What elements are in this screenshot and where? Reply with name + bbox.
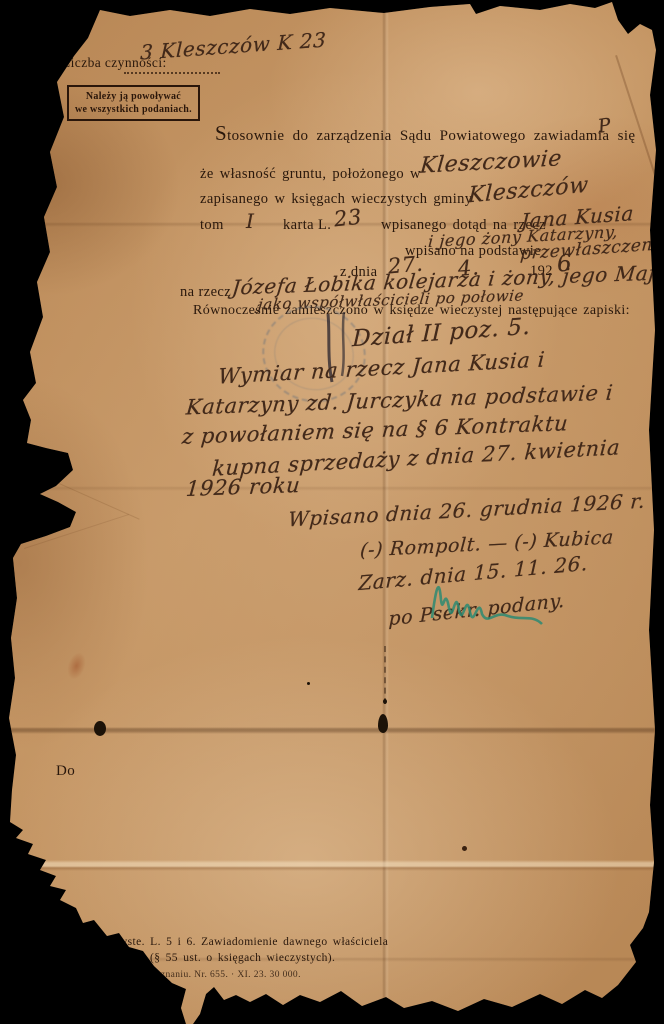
property-label: że własność gruntu, położonego w	[200, 166, 421, 183]
intro-line: Stosownie do zarządzenia Sądu Powiatoweg…	[215, 121, 635, 146]
handwritten-entry: Dział II poz. 5.	[352, 314, 531, 353]
notice-box-line1: Należy ją powoływać	[75, 90, 192, 103]
property-handwritten-value: Kleszczowie	[419, 146, 563, 179]
registry-label: zapisanego w księgach wieczystych gminy	[200, 191, 472, 208]
ink-blot	[94, 721, 106, 736]
sheet-handwritten-value: 23	[333, 205, 363, 232]
handwritten-entry: Wpisano dnia 26. grudnia 1926 r.	[287, 489, 646, 532]
intro-drop-cap: S	[215, 121, 227, 145]
addressee-label: Do	[56, 763, 75, 780]
registry-handwritten-value: Kleszczów	[468, 173, 590, 209]
footer-line2: (§ 55 ust. o księgach wieczystych).	[150, 952, 335, 964]
ink-blot	[378, 714, 388, 733]
fly-speck	[462, 846, 467, 851]
case-number-handwritten-value: 3 Kleszczów K 23	[140, 27, 327, 64]
fold-crease-dashes	[384, 646, 386, 704]
volume-label: tom	[200, 217, 224, 234]
footer-line1: Księgi wieczyste. L. 5 i 6. Zawiadomieni…	[55, 936, 388, 948]
photo-background: Liczba czynności: 3 Kleszczów K 23 Należ…	[0, 0, 664, 1024]
green-signature	[428, 570, 548, 630]
notice-box-line2: we wszystkich podaniach.	[75, 103, 192, 116]
document-paper: Liczba czynności: 3 Kleszczów K 23 Należ…	[0, 0, 664, 1024]
entries-intro-line: Równocześnie zamieszczono w księdze wiec…	[193, 303, 630, 319]
fly-speck	[383, 699, 387, 704]
notice-box: Należy ją powoływać we wszystkich podani…	[67, 85, 200, 121]
handwritten-entry: 1926 roku	[185, 473, 301, 501]
volume-handwritten-value: I	[246, 209, 255, 233]
fold-crease	[30, 470, 140, 520]
footer-imprint-line: w Poznaniu. Nr. 655. · XI. 23. 30 000.	[140, 970, 301, 980]
rust-stain	[64, 650, 89, 682]
beneficiary-label: na rzecz	[180, 284, 231, 301]
fly-speck	[307, 682, 310, 685]
intro-handwritten-mark: P	[597, 114, 613, 138]
intro-text: tosownie do zarządzenia Sądu Powiatowego…	[227, 128, 635, 144]
fold-crease	[24, 514, 129, 549]
sheet-label: karta L.	[283, 217, 331, 234]
